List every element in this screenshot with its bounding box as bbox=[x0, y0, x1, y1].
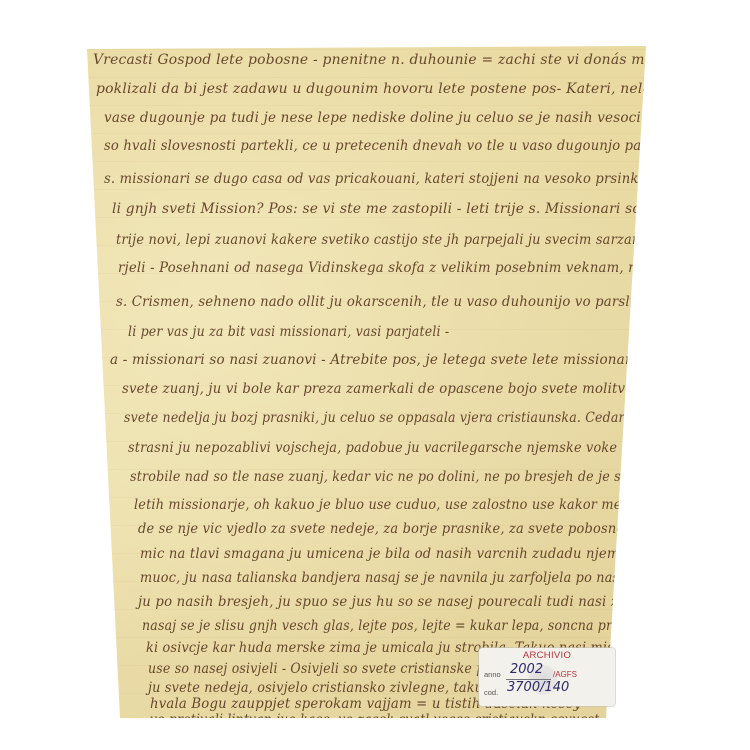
text-line: svete zuanj, ju vi bole kar preza zamerk… bbox=[122, 381, 712, 397]
text-line: de se nje vic vjedlo za svete nedeje, za… bbox=[138, 521, 697, 537]
text-line: a - missionari so nasi zuanovi - Atrebit… bbox=[110, 352, 644, 368]
archive-label-title: ARCHIVIO bbox=[479, 650, 615, 661]
text-line: rjeli - Posehnani od nasega Vidinskega s… bbox=[118, 260, 695, 276]
text-line: ju po nasih bresjeh, ju spuo se jus hu s… bbox=[138, 594, 668, 610]
handwritten-text-block: Vrecasti Gospod lete pobosne - pnenitne … bbox=[0, 0, 750, 750]
text-line: muoc, ju nasa talianska bandjera nasaj s… bbox=[140, 570, 688, 586]
text-line: use so nasej osivjeli - Osivjeli so svet… bbox=[148, 661, 698, 677]
text-line: nasaj se je slisu gnjh vesch glas, lejte… bbox=[142, 618, 665, 634]
text-line: letih missionarje, oh kakuo je bluo use … bbox=[134, 497, 697, 513]
code-value: 3700/140 bbox=[507, 680, 569, 695]
text-line: vo pretivali lintvan juo kace, vo zacek … bbox=[150, 712, 665, 728]
text-line: Vrecasti Gospod lete pobosne - pnenitne … bbox=[93, 52, 711, 68]
text-line: vase dugounje pa tudi je nese lepe nedis… bbox=[104, 110, 700, 126]
text-line: li per vas ju za bit vasi missionari, va… bbox=[128, 324, 449, 340]
year-suffix: /AGFS bbox=[553, 670, 577, 679]
code-label: cod. bbox=[484, 688, 498, 697]
text-line: s. Crismen, sehneno nado ollit ju okarsc… bbox=[116, 294, 692, 310]
text-line: strobile nad so tle nase zuanj, kedar vi… bbox=[130, 469, 675, 485]
year-label: anno bbox=[484, 670, 501, 679]
text-line: strasni ju nepozablivi vojscheja, padobu… bbox=[128, 440, 698, 456]
text-line: svete nedelja ju bozj prasniki, ju celuo… bbox=[124, 410, 703, 426]
text-line: s. missionari se dugo casa od vas pricak… bbox=[104, 171, 715, 187]
photo-stage: Vrecasti Gospod lete pobosne - pnenitne … bbox=[0, 0, 750, 750]
text-line: poklizali da bi jest zadawu u dugounim h… bbox=[96, 81, 716, 97]
archive-label: ARCHIVIO anno 2002 /AGFS cod. 3700/140 bbox=[479, 648, 615, 706]
text-line: trije novi, lepi zuanovi kakere svetiko … bbox=[116, 232, 677, 248]
year-value: 2002 bbox=[510, 662, 543, 677]
text-line: li gnjh sveti Mission? Pos: se vi ste me… bbox=[112, 201, 674, 217]
text-line: mic na tlavi smagana ju umicena je bila … bbox=[140, 546, 643, 562]
text-line: so hvali slovesnosti partekli, ce u pret… bbox=[104, 138, 696, 154]
